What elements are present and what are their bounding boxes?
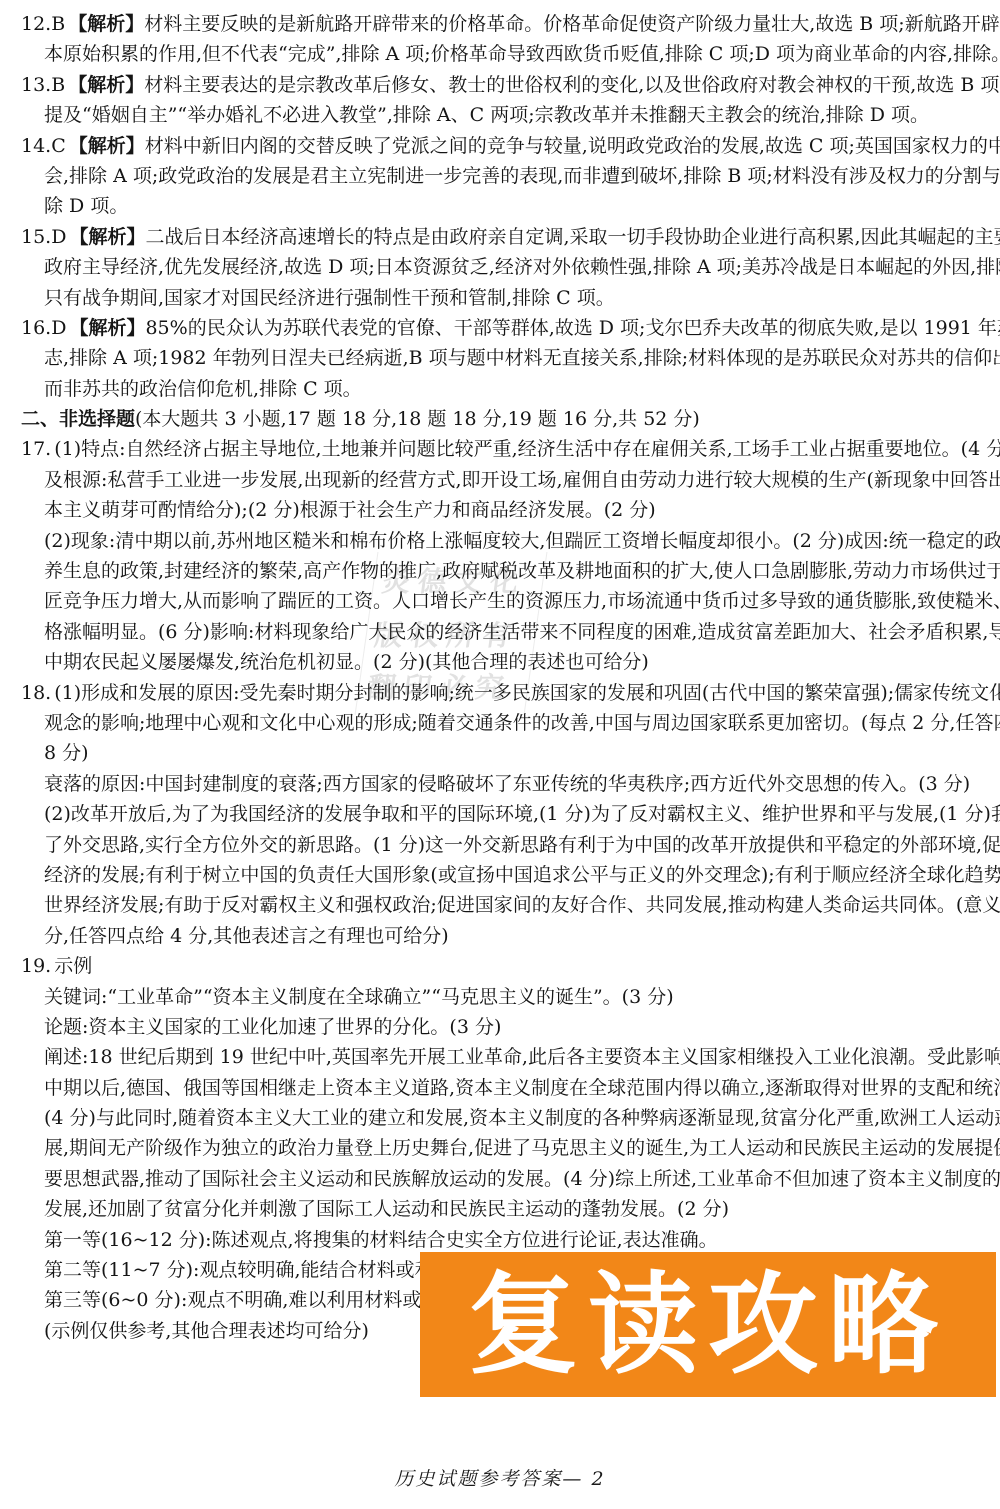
text-line: 二、非选择题(本大题共 3 小题,17 题 18 分,18 题 18 分,19 … <box>0 404 1000 434</box>
text-line: 13.B【解析】材料主要表达的是宗教改革后修女、教士的世俗权利的变化,以及世俗政… <box>0 70 1000 100</box>
text-line: 关键词:“工业革命”“资本主义制度在全球确立”“马克思主义的诞生”。(3 分) <box>0 982 1000 1012</box>
text-line: 本主义萌芽可酌情给分);(2 分)根源于社会生产力和商品经济发展。(2 分) <box>0 495 1000 525</box>
promo-banner-label: 复读攻略 <box>468 1270 948 1380</box>
line-text: 二战后日本经济高速增长的特点是由政府亲自定调,采取一切手段协助企业进行高积累,因… <box>145 226 1000 248</box>
line-text: 本主义萌芽可酌情给分);(2 分)根源于社会生产力和商品经济发展。(2 分) <box>44 499 656 521</box>
question-number: 15.D <box>21 226 69 248</box>
line-text: 材料主要反映的是新航路开辟带来的价格革命。价格革命促使资产阶级力量壮大,故选 B… <box>144 13 1000 35</box>
line-text: 世界经济发展;有助于反对霸权主义和强权政治;促进国家间的友好合作、共同发展,推动… <box>44 894 1000 916</box>
question-number: 13.B <box>21 74 68 96</box>
line-text: (示例仅供参考,其他合理表述均可给分) <box>44 1320 369 1342</box>
text-line: 发展,还加剧了贫富分化并刺激了国际工人运动和民族民主运动的蓬勃发展。(2 分) <box>0 1194 1000 1224</box>
line-text: 85%的民众认为苏联代表党的官僚、干部等群体,故选 D 项;戈尔巴乔夫改革的彻底… <box>145 317 1000 339</box>
text-line: 本原始积累的作用,但不代表“完成”,排除 A 项;价格革命导致西欧货币贬值,排除… <box>0 39 1000 69</box>
line-text: 而非苏共的政治信仰危机,排除 C 项。 <box>44 378 362 400</box>
bold-label: 【解析】 <box>69 226 145 248</box>
text-line: 分,任答四点给 4 分,其他表述言之有理也可给分) <box>0 921 1000 951</box>
line-text: 会,排除 A 项;政党政治的发展是君主立宪制进一步完善的表现,而非遭到破坏,排除… <box>44 165 1000 187</box>
line-text: 经济的发展;有利于树立中国的负责任大国形象(或宣扬中国追求公平与正义的外交理念)… <box>44 864 1000 886</box>
text-line: 要思想武器,推动了国际社会主义运动和民族解放运动的发展。(4 分)综上所述,工业… <box>0 1164 1000 1194</box>
text-line: 了外交思路,实行全方位外交的新思路。(1 分)这一外交新思路有利于为中国的改革开… <box>0 830 1000 860</box>
line-text: 展,期间无产阶级作为独立的政治力量登上历史舞台,促进了马克思主义的诞生,为工人运… <box>44 1137 1000 1159</box>
answer-text-block: 12.B【解析】材料主要反映的是新航路开辟带来的价格革命。价格革命促使资产阶级力… <box>0 9 1000 1346</box>
bold-label: 【解析】 <box>68 13 144 35</box>
text-line: 衰落的原因:中国封建制度的衰落;西方国家的侵略破坏了东亚传统的华夷秩序;西方近代… <box>0 769 1000 799</box>
question-number: 18. <box>21 682 54 704</box>
text-line: 经济的发展;有利于树立中国的负责任大国形象(或宣扬中国追求公平与正义的外交理念)… <box>0 860 1000 890</box>
line-text: 了外交思路,实行全方位外交的新思路。(1 分)这一外交新思路有利于为中国的改革开… <box>44 834 1000 856</box>
line-text: 只有战争期间,国家才对国民经济进行强制性干预和管制,排除 C 项。 <box>44 287 615 309</box>
text-line: 提及“婚姻自主”“举办婚礼不必进入教堂”,排除 A、C 两项;宗教改革并未推翻天… <box>0 100 1000 130</box>
line-text: (1)形成和发展的原因:受先秦时期分封制的影响;统一多民族国家的发展和巩固(古代… <box>54 682 1000 704</box>
text-line: 匠竞争压力增大,从而影响了踹匠的工资。人口增长产生的资源压力,市场流通中货币过多… <box>0 586 1000 616</box>
text-line: 展,期间无产阶级作为独立的政治力量登上历史舞台,促进了马克思主义的诞生,为工人运… <box>0 1133 1000 1163</box>
text-line: 8 分) <box>0 738 1000 768</box>
question-number: 19. <box>21 955 54 977</box>
text-line: 阐述:18 世纪后期到 19 世纪中叶,英国率先开展工业革命,此后各主要资本主义… <box>0 1042 1000 1072</box>
text-line: 中期以后,德国、俄国等国相继走上资本主义道路,资本主义制度在全球范围内得以确立,… <box>0 1073 1000 1103</box>
line-text: 匠竞争压力增大,从而影响了踹匠的工资。人口增长产生的资源压力,市场流通中货币过多… <box>44 590 1000 612</box>
text-line: 及根源:私营手工业进一步发展,出现新的经营方式,即开设工场,雇佣自由劳动力进行较… <box>0 465 1000 495</box>
question-number: 12.B <box>21 13 68 35</box>
line-text: 示例 <box>54 955 92 977</box>
text-line: 17.(1)特点:自然经济占据主导地位,土地兼并问题比较严重,经济生活中存在雇佣… <box>0 434 1000 464</box>
text-line: 14.C【解析】材料中新旧内阁的交替反映了党派之间的竞争与较量,说明政党政治的发… <box>0 131 1000 161</box>
text-line: 19.示例 <box>0 951 1000 981</box>
line-text: 本原始积累的作用,但不代表“完成”,排除 A 项;价格革命导致西欧货币贬值,排除… <box>44 43 1000 65</box>
question-number: 17. <box>21 438 54 460</box>
text-line: 而非苏共的政治信仰危机,排除 C 项。 <box>0 374 1000 404</box>
text-line: 除 D 项。 <box>0 191 1000 221</box>
line-text: 中期以后,德国、俄国等国相继走上资本主义道路,资本主义制度在全球范围内得以确立,… <box>44 1077 1000 1099</box>
question-number: 16.D <box>21 317 69 339</box>
text-line: (2)改革开放后,为了为我国经济的发展争取和平的国际环境,(1 分)为了反对霸权… <box>0 799 1000 829</box>
line-text: 论题:资本主义国家的工业化加速了世界的分化。(3 分) <box>44 1016 501 1038</box>
line-text: 第三等(6~0 分):观点不明确,难以利用材料或史实 <box>44 1289 459 1311</box>
line-text: 材料中新旧内阁的交替反映了党派之间的竞争与较量,说明政党政治的发展,故选 C 项… <box>145 135 1000 157</box>
text-line: 中期农民起义屡屡爆发,统治危机初显。(2 分)(其他合理的表述也可给分) <box>0 647 1000 677</box>
line-text: 发展,还加剧了贫富分化并刺激了国际工人运动和民族民主运动的蓬勃发展。(2 分) <box>44 1198 729 1220</box>
text-line: 世界经济发展;有助于反对霸权主义和强权政治;促进国家间的友好合作、共同发展,推动… <box>0 890 1000 920</box>
text-line: 会,排除 A 项;政党政治的发展是君主立宪制进一步完善的表现,而非遭到破坏,排除… <box>0 161 1000 191</box>
text-line: 15.D【解析】二战后日本经济高速增长的特点是由政府亲自定调,采取一切手段协助企… <box>0 222 1000 252</box>
text-line: 第一等(16~12 分):陈述观点,将搜集的材料结合史实全方位进行论证,表达准确… <box>0 1225 1000 1255</box>
line-text: (1)特点:自然经济占据主导地位,土地兼并问题比较严重,经济生活中存在雇佣关系,… <box>54 438 1000 460</box>
line-text: 第一等(16~12 分):陈述观点,将搜集的材料结合史实全方位进行论证,表达准确… <box>44 1229 718 1251</box>
text-line: 16.D【解析】85%的民众认为苏联代表党的官僚、干部等群体,故选 D 项;戈尔… <box>0 313 1000 343</box>
text-line: 养生息的政策,封建经济的繁荣,高产作物的推广,政府赋税改革及耕地面积的扩大,使人… <box>0 556 1000 586</box>
line-text: 中期农民起义屡屡爆发,统治危机初显。(2 分)(其他合理的表述也可给分) <box>44 651 649 673</box>
line-text: 观念的影响;地理中心观和文化中心观的形成;随着交通条件的改善,中国与周边国家联系… <box>44 712 1000 734</box>
line-text: 政府主导经济,优先发展经济,故选 D 项;日本资源贫乏,经济对外依赖性强,排除 … <box>44 256 1000 278</box>
line-text: 除 D 项。 <box>44 195 128 217</box>
bold-label: 【解析】 <box>69 317 145 339</box>
line-text: 关键词:“工业革命”“资本主义制度在全球确立”“马克思主义的诞生”。(3 分) <box>44 986 674 1008</box>
line-text: 养生息的政策,封建经济的繁荣,高产作物的推广,政府赋税改革及耕地面积的扩大,使人… <box>44 560 1000 582</box>
line-text: 格涨幅明显。(6 分)影响:材料现象给广大民众的经济生活带来不同程度的困难,造成… <box>44 621 1000 643</box>
text-line: (2)现象:清中期以前,苏州地区糙米和棉布价格上涨幅度较大,但踹匠工资增长幅度却… <box>0 526 1000 556</box>
bold-label: 【解析】 <box>68 74 144 96</box>
line-text: 分,任答四点给 4 分,其他表述言之有理也可给分) <box>44 925 449 947</box>
line-text: 阐述:18 世纪后期到 19 世纪中叶,英国率先开展工业革命,此后各主要资本主义… <box>44 1046 1000 1068</box>
text-line: 观念的影响;地理中心观和文化中心观的形成;随着交通条件的改善,中国与周边国家联系… <box>0 708 1000 738</box>
text-line: 18.(1)形成和发展的原因:受先秦时期分封制的影响;统一多民族国家的发展和巩固… <box>0 678 1000 708</box>
line-text: 材料主要表达的是宗教改革后修女、教士的世俗权利的变化,以及世俗政府对教会神权的干… <box>144 74 1000 96</box>
text-line: 只有战争期间,国家才对国民经济进行强制性干预和管制,排除 C 项。 <box>0 283 1000 313</box>
line-text: 志,排除 A 项;1982 年勃列日涅夫已经病逝,B 项与题中材料无直接关系,排… <box>44 347 1000 369</box>
question-number: 14.C <box>21 135 69 157</box>
line-text: 8 分) <box>44 742 89 764</box>
bold-label: 二、非选择题 <box>21 408 135 430</box>
line-text: (2)改革开放后,为了为我国经济的发展争取和平的国际环境,(1 分)为了反对霸权… <box>44 803 1000 825</box>
line-text: 第二等(11~7 分):观点较明确,能结合材料或利用材 <box>44 1259 472 1281</box>
line-text: 衰落的原因:中国封建制度的衰落;西方国家的侵略破坏了东亚传统的华夷秩序;西方近代… <box>44 773 970 795</box>
page-footer-label: 历史试题参考答案— 2 <box>0 1464 1000 1491</box>
line-text: (2)现象:清中期以前,苏州地区糙米和棉布价格上涨幅度较大,但踹匠工资增长幅度却… <box>44 530 1000 552</box>
text-line: 12.B【解析】材料主要反映的是新航路开辟带来的价格革命。价格革命促使资产阶级力… <box>0 9 1000 39</box>
line-text: (本大题共 3 小题,17 题 18 分,18 题 18 分,19 题 16 分… <box>135 408 700 430</box>
promo-banner: 复读攻略 <box>420 1252 996 1397</box>
line-text: 提及“婚姻自主”“举办婚礼不必进入教堂”,排除 A、C 两项;宗教改革并未推翻天… <box>44 104 929 126</box>
line-text: 及根源:私营手工业进一步发展,出现新的经营方式,即开设工场,雇佣自由劳动力进行较… <box>44 469 1000 491</box>
line-text: (4 分)与此同时,随着资本主义大工业的建立和发展,资本主义制度的各种弊病逐渐显… <box>44 1107 1000 1129</box>
text-line: (4 分)与此同时,随着资本主义大工业的建立和发展,资本主义制度的各种弊病逐渐显… <box>0 1103 1000 1133</box>
text-line: 格涨幅明显。(6 分)影响:材料现象给广大民众的经济生活带来不同程度的困难,造成… <box>0 617 1000 647</box>
text-line: 论题:资本主义国家的工业化加速了世界的分化。(3 分) <box>0 1012 1000 1042</box>
line-text: 要思想武器,推动了国际社会主义运动和民族解放运动的发展。(4 分)综上所述,工业… <box>44 1168 1000 1190</box>
text-line: 政府主导经济,优先发展经济,故选 D 项;日本资源贫乏,经济对外依赖性强,排除 … <box>0 252 1000 282</box>
text-line: 志,排除 A 项;1982 年勃列日涅夫已经病逝,B 项与题中材料无直接关系,排… <box>0 343 1000 373</box>
bold-label: 【解析】 <box>69 135 145 157</box>
answer-sheet-page: { "banner": { "label": "复读攻略", "color": … <box>0 0 1000 1509</box>
